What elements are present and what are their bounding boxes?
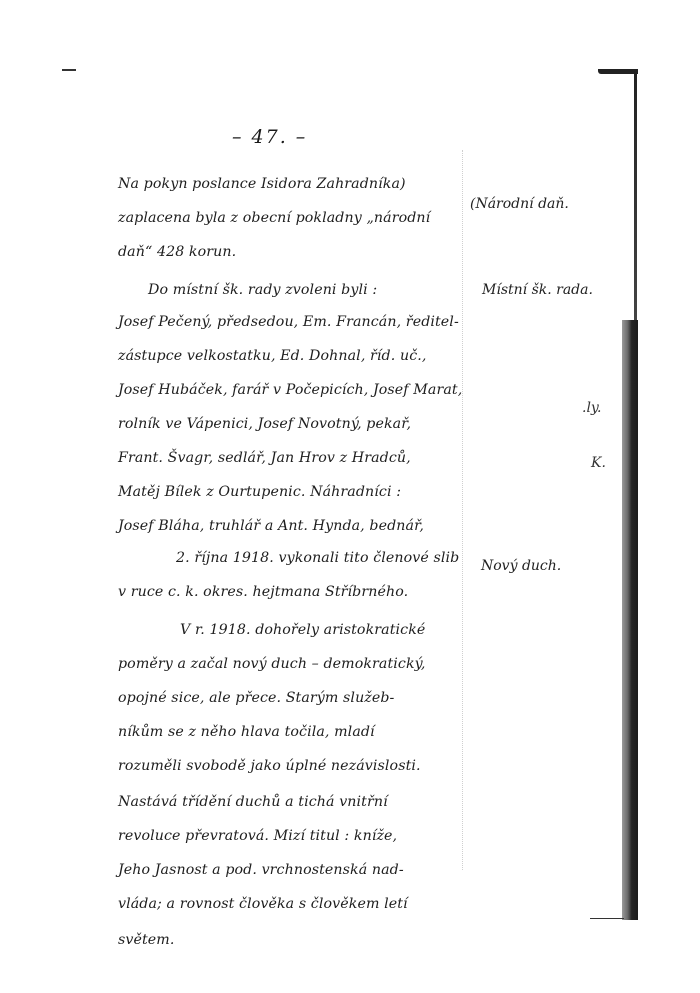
text-line: V r. 1918. dohořely aristokratické: [180, 622, 425, 638]
margin-note-narodni-dan: (Národní daň.: [470, 196, 569, 212]
text-line: v ruce c. k. okres. hejtmana Stříbrného.: [118, 584, 408, 600]
text-line: Jeho Jasnost a pod. vrchnostenská nad-: [118, 862, 404, 878]
text-line: vláda; a rovnost člověka s člověkem letí: [118, 896, 408, 912]
text-line: Josef Hubáček, farář v Počepicích, Josef…: [118, 382, 462, 398]
text-line: opojné sice, ale přece. Starým služeb-: [118, 690, 394, 706]
left-edge-mark: [62, 69, 76, 71]
stray-mark: K.: [591, 455, 606, 471]
text-line: Josef Pečený, předsedou, Em. Francán, ře…: [118, 314, 459, 330]
text-line: poměry a začal nový duch – demokratický,: [118, 656, 426, 672]
text-line: Josef Bláha, truhlář a Ant. Hynda, bedná…: [118, 518, 424, 534]
text-line: Nastává třídění duchů a tichá vnitřní: [118, 794, 388, 810]
page-bottom-edge: [590, 918, 624, 919]
margin-divider: [462, 150, 463, 870]
page-number: – 47. –: [232, 126, 307, 148]
text-line: Frant. Švagr, sedlář, Jan Hrov z Hradců,: [118, 450, 411, 466]
text-line: 2. října 1918. vykonali tito členové sli…: [176, 550, 459, 566]
text-line: rolník ve Vápenici, Josef Novotný, pekař…: [118, 416, 411, 432]
text-line: Na pokyn poslance Isidora Zahradníka): [118, 176, 406, 192]
text-line: zaplacena byla z obecní pokladny „národn…: [118, 210, 430, 226]
page-binding-edge-thin: [634, 72, 637, 322]
text-line: světem.: [118, 932, 174, 948]
text-line: níkům se z něho hlava točila, mladí: [118, 724, 375, 740]
manuscript-page: – 47. – Na pokyn poslance Isidora Zahrad…: [0, 0, 700, 993]
text-line: daň“ 428 korun.: [118, 244, 236, 260]
stray-mark: .ly.: [582, 400, 601, 416]
margin-note-novy-duch: Nový duch.: [481, 558, 561, 574]
page-binding-edge: [622, 320, 638, 920]
text-line: zástupce velkostatku, Ed. Dohnal, říd. u…: [118, 348, 426, 364]
text-line: revoluce převratová. Mizí titul : kníže,: [118, 828, 397, 844]
page-top-edge: [598, 69, 638, 74]
margin-note-mistni-sk-rada: Místní šk. rada.: [482, 282, 593, 298]
text-line: Matěj Bílek z Ourtupenic. Náhradníci :: [118, 484, 401, 500]
text-line: rozuměli svobodě jako úplné nezávislosti…: [118, 758, 421, 774]
text-line: Do místní šk. rady zvoleni byli :: [148, 282, 377, 298]
